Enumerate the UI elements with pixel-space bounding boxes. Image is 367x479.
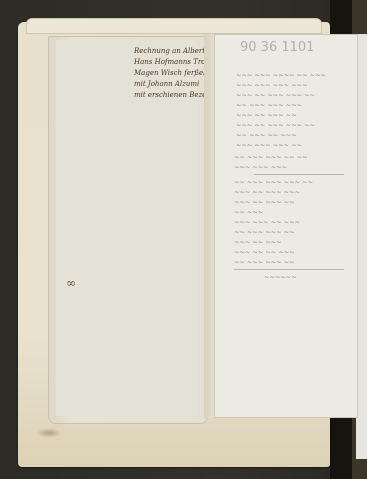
page-text-upper: ~~~ ~~~ ~~~~ ~~ ~~~ ~~~ ~~~ ~~~ ~~~ ~~~ … bbox=[236, 70, 326, 150]
page-text-lower: ~~ ~~~ ~~~ ~~ ~~ ~~~ ~~~ ~~~ ~~ ~~~ ~~~ … bbox=[234, 152, 344, 282]
folio-number: 90 36 1101 bbox=[240, 40, 314, 55]
stain-mark bbox=[36, 428, 62, 438]
divider bbox=[234, 269, 344, 270]
divider bbox=[254, 174, 344, 175]
folder-top-rim bbox=[26, 18, 322, 34]
ink-mark: ∞ bbox=[66, 276, 76, 290]
